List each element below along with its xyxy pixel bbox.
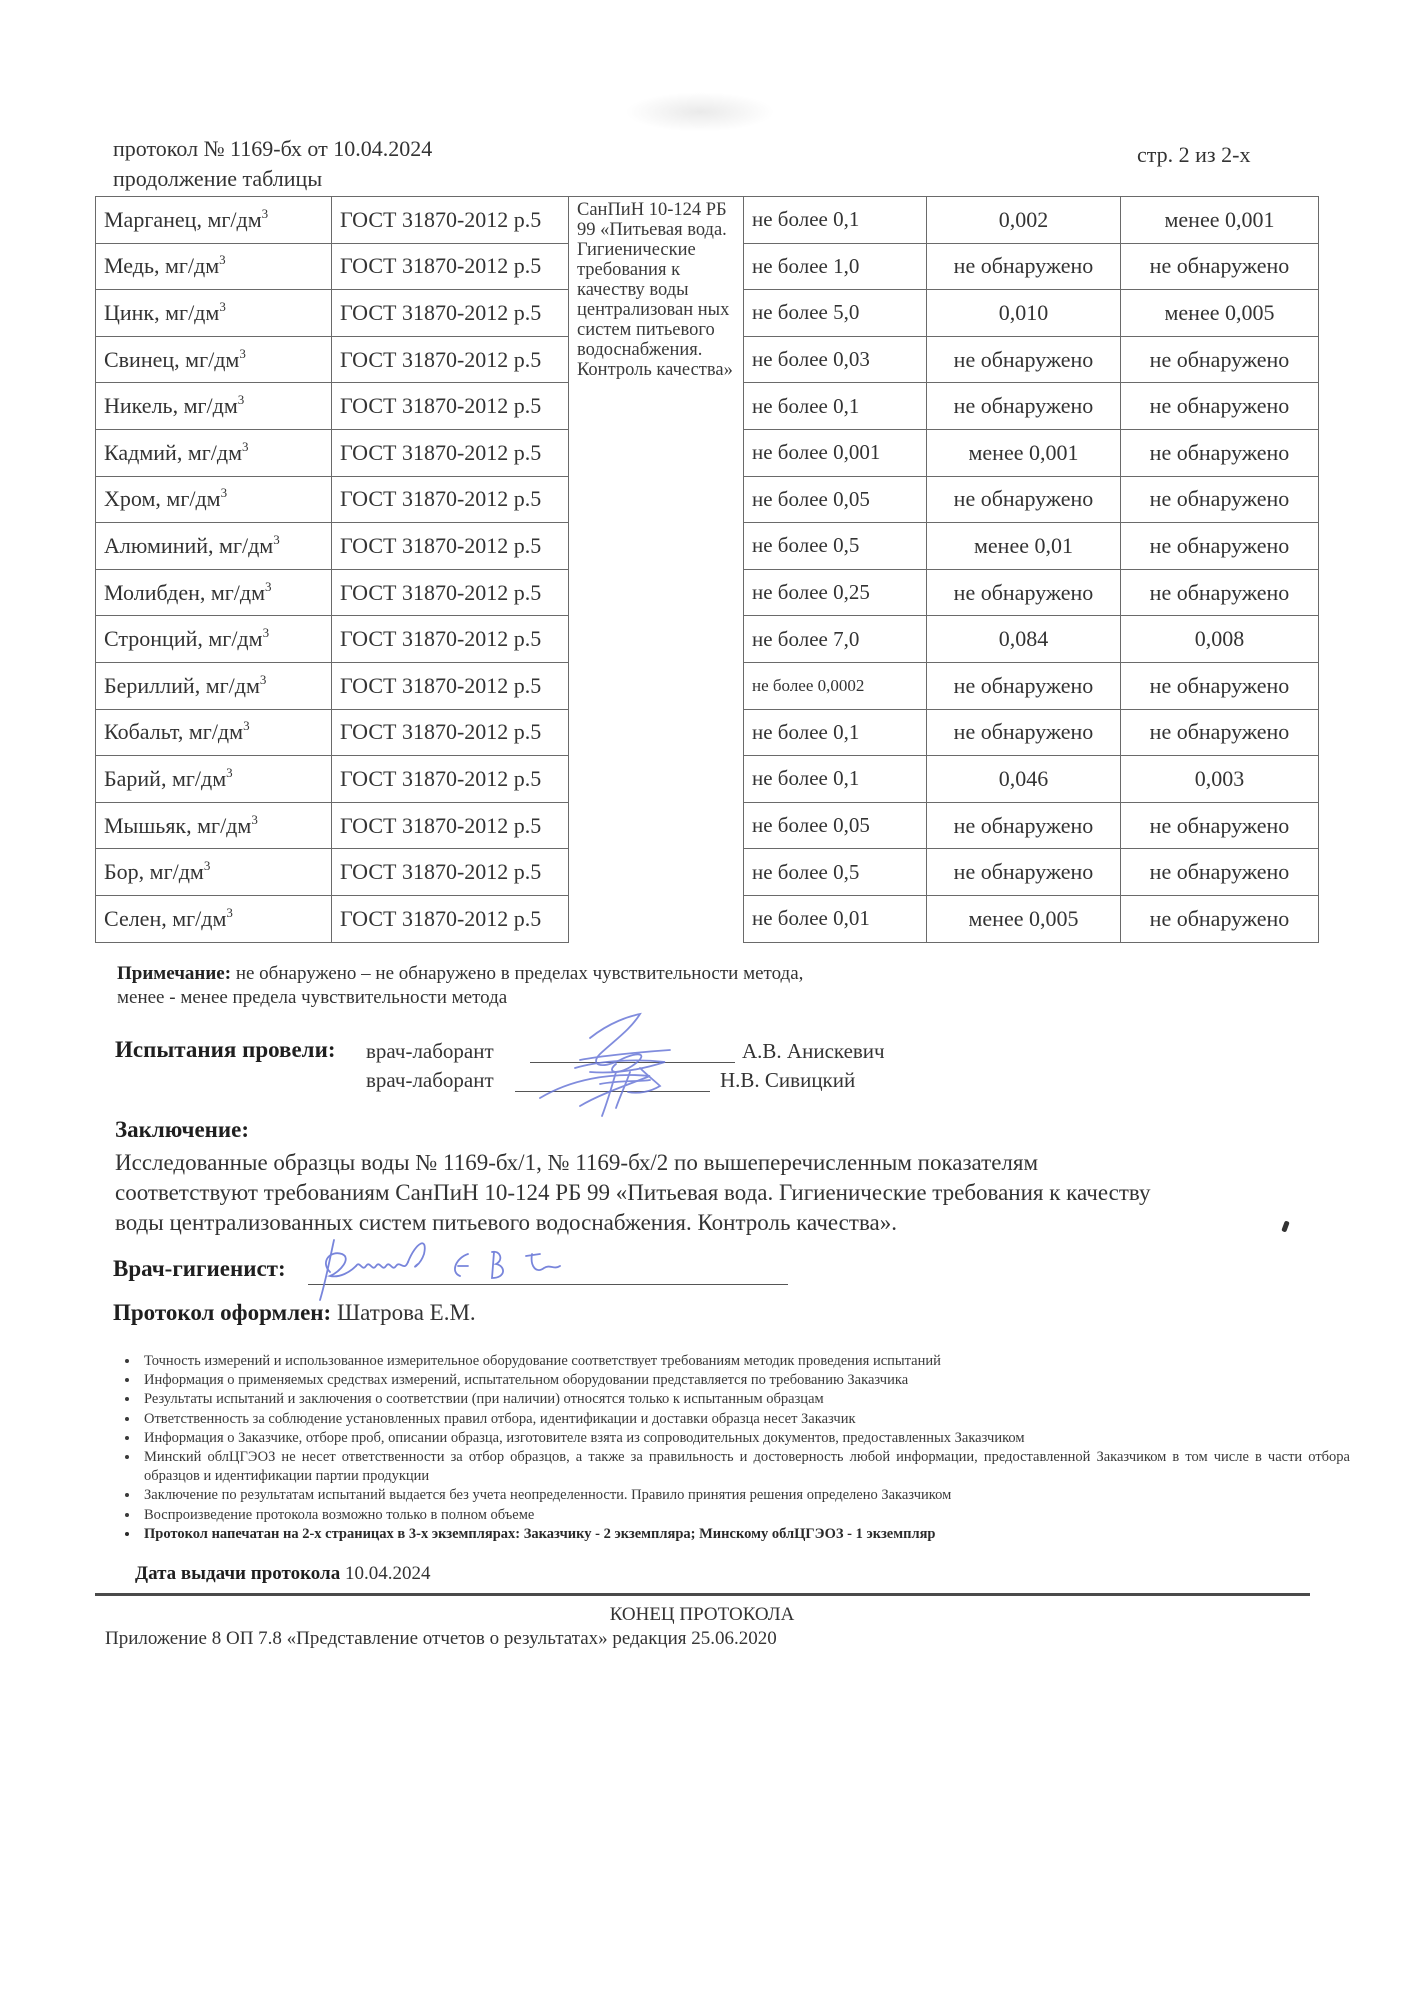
indicator-name: Мышьяк [104,813,186,838]
indicator-unit: мг/дм [184,393,238,418]
unit-superscript: 3 [239,346,246,361]
hygienist-signature-icon: Е.В. Ч [300,1232,680,1302]
disclaimer-item: Информация о применяемых средствах измер… [140,1371,1350,1390]
performer-2-name: Н.В. Сивицкий [720,1068,855,1093]
norm-cell: не более 0,1 [744,383,927,430]
indicator-name: Алюминий [104,533,208,558]
indicator-cell: Бериллий, мг/дм3 [96,662,332,709]
sample-1-result-cell: менее 0,005 [927,895,1121,942]
indicator-name: Барий [104,766,161,791]
conclusion-text: Исследованные образцы воды № 1169-бх/1, … [115,1148,1335,1238]
indicator-cell: Марганец, мг/дм3 [96,197,332,244]
indicator-cell: Селен, мг/дм3 [96,895,332,942]
indicator-cell: Кобальт, мг/дм3 [96,709,332,756]
unit-superscript: 3 [265,579,272,594]
performer-1-role: врач-лаборант [366,1039,494,1064]
sample-2-result-cell: не обнаружено [1121,709,1319,756]
sample-2-result-cell: не обнаружено [1121,662,1319,709]
results-table: Марганец, мг/дм3ГОСТ 31870-2012 р.5СанПи… [95,196,1319,943]
conclusion-line-2: соответствуют требованиям СанПиН 10-124 … [115,1178,1335,1208]
indicator-cell: Стронций, мг/дм3 [96,616,332,663]
hygienist-label: Врач-гигиенист: [113,1256,286,1282]
issue-date-value: 10.04.2024 [345,1563,431,1584]
sample-1-result-cell: не обнаружено [927,476,1121,523]
disclaimer-list: Точность измерений и использованное изме… [110,1352,1350,1544]
indicator-cell: Кадмий, мг/дм3 [96,429,332,476]
conclusion-line-3: воды централизованных систем питьевого в… [115,1208,1335,1238]
indicator-name: Кадмий [104,440,177,465]
sample-2-result-cell: не обнаружено [1121,476,1319,523]
unit-superscript: 3 [219,252,226,267]
indicator-unit: мг/дм [172,906,226,931]
indicator-name: Бериллий [104,673,195,698]
lab-signatures-icon [520,1010,720,1120]
norm-cell: не более 0,05 [744,802,927,849]
sample-1-result-cell: 0,084 [927,616,1121,663]
appendix-reference: Приложение 8 ОП 7.8 «Представление отчет… [105,1628,777,1650]
sample-2-result-cell: 0,008 [1121,616,1319,663]
indicator-name: Стронций [104,626,197,651]
indicator-name: Медь [104,253,154,278]
indicator-unit: мг/дм [208,626,262,651]
norm-cell: не более 0,03 [744,336,927,383]
sample-2-result-cell: менее 0,001 [1121,197,1319,244]
indicator-name: Хром [104,486,155,511]
method-cell: ГОСТ 31870-2012 р.5 [332,802,569,849]
method-cell: ГОСТ 31870-2012 р.5 [332,476,569,523]
norm-cell: не более 7,0 [744,616,927,663]
prepared-by-name: Шатрова Е.М. [337,1300,476,1325]
indicator-unit: мг/дм [206,673,260,698]
sample-1-result-cell: 0,010 [927,290,1121,337]
sample-1-result-cell: менее 0,01 [927,523,1121,570]
sample-2-result-cell: не обнаружено [1121,523,1319,570]
note-label: Примечание: [117,963,231,984]
norm-cell: не более 0,5 [744,523,927,570]
norm-cell: не более 5,0 [744,290,927,337]
tests-performed-label: Испытания провели: [115,1037,336,1063]
note: Примечание: не обнаружено – не обнаружен… [117,962,803,1010]
unit-superscript: 3 [262,206,269,221]
unit-superscript: 3 [219,299,226,314]
method-cell: ГОСТ 31870-2012 р.5 [332,756,569,803]
disclaimer-item: Информация о Заказчике, отборе проб, опи… [140,1429,1350,1448]
norm-cell: не более 1,0 [744,243,927,290]
indicator-cell: Хром, мг/дм3 [96,476,332,523]
disclaimer-item: Минский облЦГЭОЗ не несет ответственност… [140,1448,1350,1486]
indicator-unit: мг/дм [165,253,219,278]
performer-2-role: врач-лаборант [366,1068,494,1093]
table-row: Марганец, мг/дм3ГОСТ 31870-2012 р.5СанПи… [96,197,1319,244]
indicator-unit: мг/дм [188,440,242,465]
sample-2-result-cell: 0,003 [1121,756,1319,803]
method-cell: ГОСТ 31870-2012 р.5 [332,662,569,709]
indicator-name: Бор [104,859,139,884]
method-cell: ГОСТ 31870-2012 р.5 [332,429,569,476]
method-cell: ГОСТ 31870-2012 р.5 [332,523,569,570]
indicator-unit: мг/дм [207,207,261,232]
sample-1-result-cell: не обнаружено [927,383,1121,430]
sample-2-result-cell: не обнаружено [1121,895,1319,942]
method-cell: ГОСТ 31870-2012 р.5 [332,895,569,942]
method-cell: ГОСТ 31870-2012 р.5 [332,197,569,244]
disclaimer-item: Точность измерений и использованное изме… [140,1352,1350,1371]
sample-1-result-cell: 0,002 [927,197,1121,244]
sample-2-result-cell: не обнаружено [1121,569,1319,616]
prepared-by: Протокол оформлен: Шатрова Е.М. [113,1300,476,1326]
sample-2-result-cell: не обнаружено [1121,243,1319,290]
indicator-cell: Бор, мг/дм3 [96,849,332,896]
method-cell: ГОСТ 31870-2012 р.5 [332,290,569,337]
indicator-unit: мг/дм [172,766,226,791]
end-of-protocol: КОНЕЦ ПРОТОКОЛА [0,1604,1414,1626]
disclaimer-item: Ответственность за соблюдение установлен… [140,1410,1350,1429]
indicator-name: Цинк [104,300,154,325]
sample-2-result-cell: не обнаружено [1121,429,1319,476]
indicator-unit: мг/дм [197,813,251,838]
indicator-name: Селен [104,906,161,931]
method-cell: ГОСТ 31870-2012 р.5 [332,383,569,430]
sample-1-result-cell: не обнаружено [927,336,1121,383]
indicator-cell: Барий, мг/дм3 [96,756,332,803]
norm-cell: не более 0,1 [744,756,927,803]
indicator-cell: Алюминий, мг/дм3 [96,523,332,570]
disclaimer-item: Заключение по результатам испытаний выда… [140,1486,1350,1505]
indicator-unit: мг/дм [189,719,243,744]
unit-superscript: 3 [238,392,245,407]
indicator-name: Кобальт [104,719,178,744]
unit-superscript: 3 [204,858,211,873]
method-cell: ГОСТ 31870-2012 р.5 [332,569,569,616]
indicator-unit: мг/дм [211,580,265,605]
indicator-unit: мг/дм [185,347,239,372]
norm-cell: не более 0,1 [744,709,927,756]
sample-2-result-cell: не обнаружено [1121,383,1319,430]
unit-superscript: 3 [221,485,228,500]
indicator-name: Молибден [104,580,200,605]
unit-superscript: 3 [273,532,280,547]
norm-cell: не более 0,0002 [744,662,927,709]
norm-cell: не более 0,5 [744,849,927,896]
sample-2-result-cell: не обнаружено [1121,849,1319,896]
unit-superscript: 3 [260,672,267,687]
faded-stamp-mark [625,92,775,132]
sample-1-result-cell: не обнаружено [927,569,1121,616]
method-cell: ГОСТ 31870-2012 р.5 [332,243,569,290]
sample-1-result-cell: не обнаружено [927,243,1121,290]
indicator-cell: Свинец, мг/дм3 [96,336,332,383]
indicator-unit: мг/дм [166,486,220,511]
method-cell: ГОСТ 31870-2012 р.5 [332,849,569,896]
indicator-cell: Цинк, мг/дм3 [96,290,332,337]
issue-date-label: Дата выдачи протокола [135,1563,340,1584]
table-continuation-label: продолжение таблицы [113,166,322,192]
unit-superscript: 3 [263,625,270,640]
norm-cell: не более 0,25 [744,569,927,616]
disclaimer-item-copies: Протокол напечатан на 2-х страницах в 3-… [140,1525,1350,1544]
sample-2-result-cell: менее 0,005 [1121,290,1319,337]
indicator-name: Никель [104,393,173,418]
disclaimer-item: Воспроизведение протокола возможно тольк… [140,1506,1350,1525]
norm-cell: не более 0,1 [744,197,927,244]
sample-1-result-cell: 0,046 [927,756,1121,803]
method-cell: ГОСТ 31870-2012 р.5 [332,336,569,383]
indicator-unit: мг/дм [165,300,219,325]
sample-2-result-cell: не обнаружено [1121,802,1319,849]
protocol-number: протокол № 1169-бх от 10.04.2024 [113,136,432,162]
norm-cell: не более 0,001 [744,429,927,476]
unit-superscript: 3 [251,812,258,827]
sample-1-result-cell: не обнаружено [927,709,1121,756]
indicator-cell: Мышьяк, мг/дм3 [96,802,332,849]
sample-1-result-cell: не обнаружено [927,802,1121,849]
conclusion-label: Заключение: [115,1117,249,1143]
indicator-name: Свинец [104,347,174,372]
unit-superscript: 3 [226,765,233,780]
norm-cell: не более 0,01 [744,895,927,942]
page-number: стр. 2 из 2-х [1137,142,1250,168]
sample-1-result-cell: не обнаружено [927,849,1121,896]
method-cell: ГОСТ 31870-2012 р.5 [332,616,569,663]
indicator-cell: Никель, мг/дм3 [96,383,332,430]
unit-superscript: 3 [242,439,249,454]
sample-1-result-cell: не обнаружено [927,662,1121,709]
performer-1-name: А.В. Анискевич [742,1039,885,1064]
method-cell: ГОСТ 31870-2012 р.5 [332,709,569,756]
note-line-1: не обнаружено – не обнаружено в пределах… [231,963,803,984]
indicator-cell: Медь, мг/дм3 [96,243,332,290]
sample-2-result-cell: не обнаружено [1121,336,1319,383]
issue-date: Дата выдачи протокола 10.04.2024 [135,1563,430,1585]
unit-superscript: 3 [243,718,250,733]
sample-1-result-cell: менее 0,001 [927,429,1121,476]
indicator-name: Марганец [104,207,196,232]
norm-cell: не более 0,05 [744,476,927,523]
indicator-cell: Молибден, мг/дм3 [96,569,332,616]
normative-document-cell: СанПиН 10-124 РБ 99 «Питьевая вода. Гиги… [569,197,744,943]
unit-superscript: 3 [226,905,233,920]
indicator-unit: мг/дм [150,859,204,884]
note-line-2: менее - менее предела чувствительности м… [117,986,803,1010]
footer-divider [95,1593,1310,1596]
prepared-by-label: Протокол оформлен: [113,1300,331,1325]
conclusion-line-1: Исследованные образцы воды № 1169-бх/1, … [115,1148,1335,1178]
disclaimer-item: Результаты испытаний и заключения о соот… [140,1390,1350,1409]
indicator-unit: мг/дм [219,533,273,558]
